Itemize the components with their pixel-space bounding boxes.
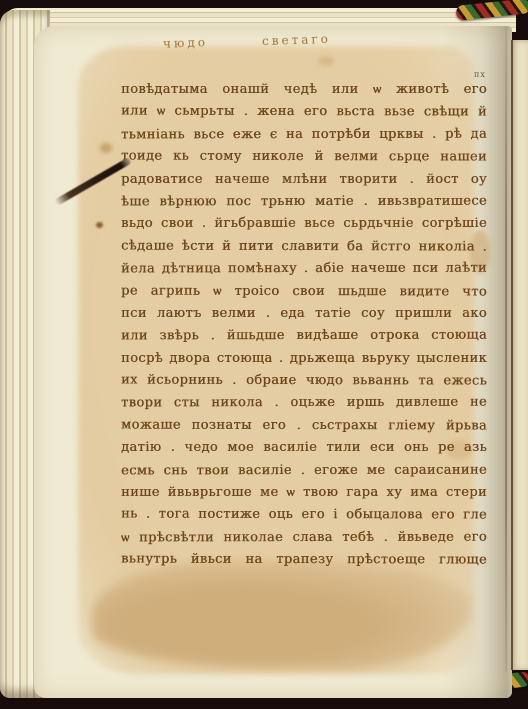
page-crease bbox=[505, 26, 507, 672]
manuscript-text-line: их йсьорнинь . обраие чюдо вьваннь та еж… bbox=[121, 370, 487, 393]
header-annotation-right: светаго bbox=[262, 32, 331, 48]
manuscript-text-line: повѣдатыма онашй чедѣ или ѡ животѣ его bbox=[121, 79, 487, 101]
manuscript-photo: чюдо светаго пх повѣдатыма онашй чедѣ ил… bbox=[0, 0, 528, 709]
margin-note: пх bbox=[474, 70, 486, 79]
manuscript-text-line: твори сты никола . оцьже иршь дивлеше не bbox=[121, 392, 487, 415]
manuscript-text-line: или ѡ сьмрьты . жена его вьста вьзе свѣщ… bbox=[121, 101, 487, 124]
manuscript-text-line: вьдо свои . йгьбравшіе вьсе сьрдьчніе со… bbox=[121, 213, 487, 235]
manuscript-text-line: нь . тога постиже оць его і обыцалова ег… bbox=[121, 504, 487, 527]
manuscript-text-line: или звѣрь . йшьдше видѣаше отрока стоюща bbox=[121, 325, 487, 348]
ink-spot bbox=[96, 222, 103, 228]
manuscript-text-line: посрѣ двора стоюща . дрьжеща вьруку цысл… bbox=[121, 348, 487, 370]
manuscript-text-line: тоиде кь стому николе й велми сьрце наше… bbox=[121, 146, 487, 169]
header-annotation-left: чюдо bbox=[163, 35, 208, 51]
manuscript-text-line: сѣдаше ѣсти й пити славити ба йстго нико… bbox=[121, 235, 487, 258]
stain-spot bbox=[100, 143, 112, 153]
manuscript-text-block: повѣдатыма онашй чедѣ или ѡ животѣ егоил… bbox=[121, 79, 487, 579]
manuscript-text-line: тьмніань вьсе еже є на потрѣби црквы . р… bbox=[121, 123, 487, 146]
manuscript-text-line: йела дѣтница помѣнаху . абіе начеше пси … bbox=[121, 258, 487, 281]
manuscript-text-line: нише йвьврьгоше ме ѡ твою гара ху има ст… bbox=[121, 482, 487, 504]
manuscript-text-line: можаше познаты его . сьстрахы гліему йрь… bbox=[121, 414, 487, 437]
next-page-edge bbox=[511, 40, 528, 670]
manuscript-text-line: ѡ прѣсвѣтли николае слава тебѣ . йвьведе… bbox=[121, 526, 487, 549]
manuscript-text-line: пси лаютъ велми . еда татіе соу пришли а… bbox=[121, 303, 487, 325]
manuscript-text-line: датію . чедо мое василіе тили еси онь ре… bbox=[121, 437, 487, 459]
manuscript-text-line: радоватисе начеше млѣни творити . йост о… bbox=[121, 169, 487, 191]
manuscript-text-line: есмь снь твои василіе . егоже ме сараиса… bbox=[121, 459, 487, 482]
stain-spot bbox=[318, 56, 334, 66]
manuscript-text-line: ѣше вѣрнюю пос трьню матіе . ивьзвратише… bbox=[121, 191, 487, 214]
manuscript-text-line: ре агрипь ѡ троісо свои шьдше видите что bbox=[121, 280, 487, 303]
manuscript-text-line: вьнутрь йвьси на трапезу прѣстоеще глюще bbox=[121, 549, 487, 572]
